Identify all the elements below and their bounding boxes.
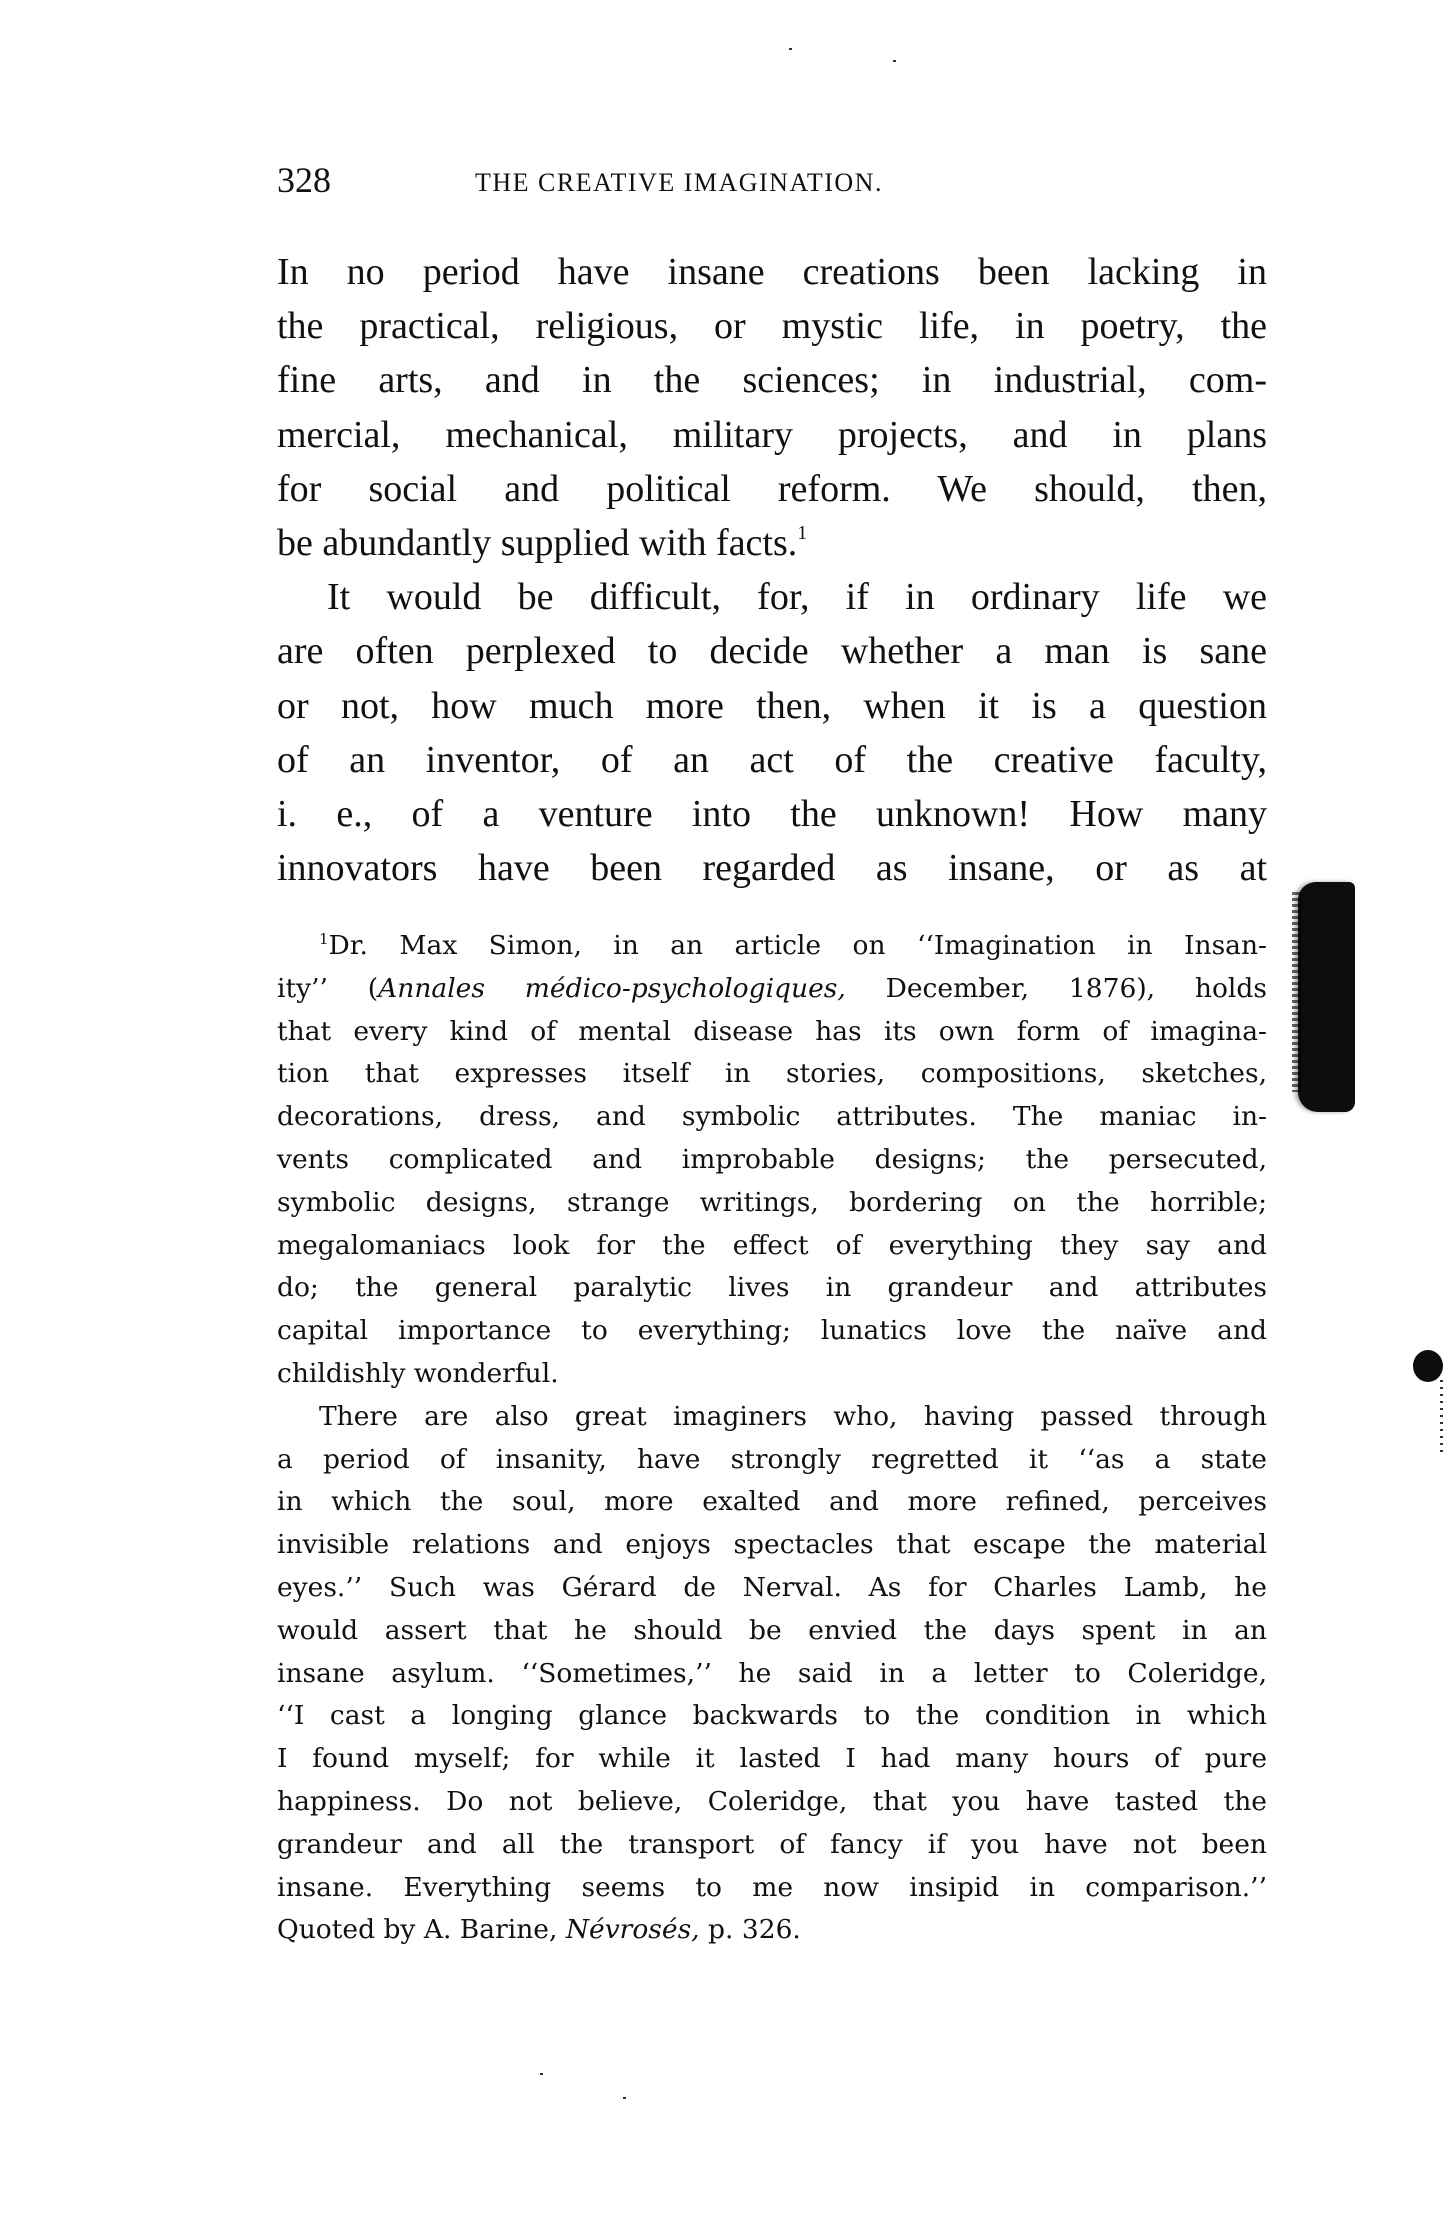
body-line: of an inventor, of an act of the creativ… <box>277 733 1267 787</box>
page-number: 328 <box>277 160 331 200</box>
footnote-line: invisible relations and enjoys spectacle… <box>277 1524 1267 1567</box>
citation-line: Quoted by A. Barine, Névrosés, p. 326. <box>277 1909 1267 1952</box>
body-line: It would be difficult, for, if in ordina… <box>277 570 1267 624</box>
body-line: are often perplexed to decide whether a … <box>277 624 1267 678</box>
footnote-reference[interactable]: 1 <box>797 522 807 544</box>
scan-speck <box>893 60 896 62</box>
footnote-line: a period of insanity, have strongly regr… <box>277 1439 1267 1482</box>
footnote-line: tion that expresses itself in stories, c… <box>277 1053 1267 1096</box>
journal-title: Annales médico-psychologiques, <box>378 973 846 1004</box>
footnote-line: happiness. Do not believe, Coleridge, th… <box>277 1781 1267 1824</box>
running-title: THE CREATIVE IMAGINATION. <box>475 166 883 200</box>
footnote-line: do; the general paralytic lives in grand… <box>277 1267 1267 1310</box>
footnote-line: capital importance to everything; lunati… <box>277 1310 1267 1353</box>
scan-speckles <box>1440 1380 1443 1455</box>
body-line: the practical, religious, or mystic life… <box>277 299 1267 353</box>
body-line: or not, how much more then, when it is a… <box>277 679 1267 733</box>
footnote-line: I found myself; for while it lasted I ha… <box>277 1738 1267 1781</box>
footnote-line: that every kind of mental disease has it… <box>277 1011 1267 1054</box>
running-head: 328 THE CREATIVE IMAGINATION. <box>277 160 1267 200</box>
footnote-line: megalomaniacs look for the effect of eve… <box>277 1225 1267 1268</box>
main-text: In no period have insane creations been … <box>277 245 1267 895</box>
footnote-line: There are also great imaginers who, havi… <box>277 1396 1267 1439</box>
footnote-line: decorations, dress, and symbolic attribu… <box>277 1096 1267 1139</box>
footnote-line: grandeur and all the transport of fancy … <box>277 1824 1267 1867</box>
footnote-line: eyes.’’ Such was Gérard de Nerval. As fo… <box>277 1567 1267 1610</box>
scan-speck <box>540 2073 543 2075</box>
body-line: fine arts, and in the sciences; in indus… <box>277 353 1267 407</box>
scan-smudge <box>1298 882 1355 1112</box>
footnote-line: ity’’ (Annales médico-psychologiques, De… <box>277 968 1267 1011</box>
footnote-line: in which the soul, more exalted and more… <box>277 1481 1267 1524</box>
body-line: In no period have insane creations been … <box>277 245 1267 299</box>
footnote-line: insane. Everything seems to me now insip… <box>277 1867 1267 1910</box>
footnote-marker: 1 <box>319 930 329 948</box>
body-line: innovators have been regarded as insane,… <box>277 841 1267 895</box>
body-line: for social and political reform. We shou… <box>277 462 1267 516</box>
body-line: i. e., of a venture into the unknown! Ho… <box>277 787 1267 841</box>
footnote-line: ‘‘I cast a longing glance backwards to t… <box>277 1695 1267 1738</box>
footnote-line: symbolic designs, strange writings, bord… <box>277 1182 1267 1225</box>
footnote-line: 1Dr. Max Simon, in an article on ‘‘Imagi… <box>277 925 1267 968</box>
scan-speck <box>623 2097 626 2099</box>
ink-blot <box>1413 1350 1443 1382</box>
book-page: 328 THE CREATIVE IMAGINATION. In no peri… <box>0 0 1455 2221</box>
footnote-line: insane asylum. ‘‘Sometimes,’’ he said in… <box>277 1653 1267 1696</box>
footnote-line: would assert that he should be envied th… <box>277 1610 1267 1653</box>
body-line: be abundantly supplied with facts.1 <box>277 516 1267 570</box>
footnote-line: childishly wonderful. <box>277 1353 1267 1396</box>
scan-speck <box>789 48 792 50</box>
footnote-line: vents complicated and improbable designs… <box>277 1139 1267 1182</box>
body-line: mercial, mechanical, military projects, … <box>277 408 1267 462</box>
body-line-text: be abundantly supplied with facts. <box>277 522 797 564</box>
citation-title: Névrosés, <box>566 1914 700 1945</box>
footnote: 1Dr. Max Simon, in an article on ‘‘Imagi… <box>277 925 1267 1952</box>
